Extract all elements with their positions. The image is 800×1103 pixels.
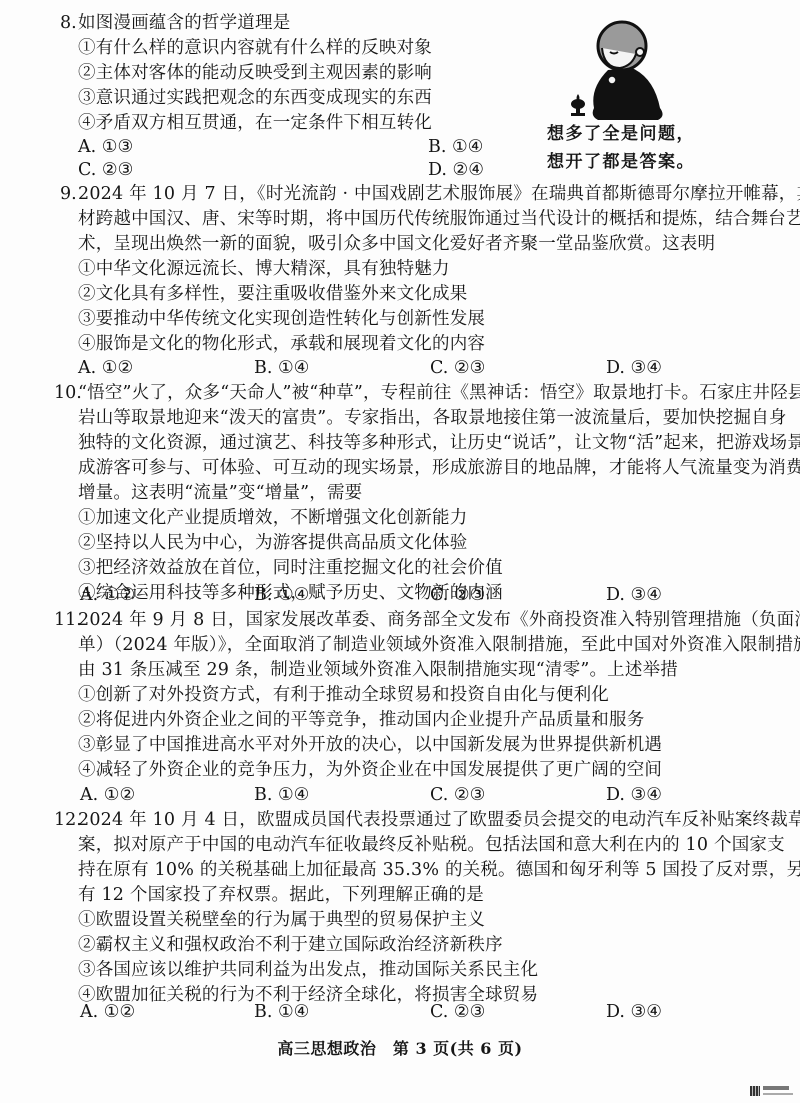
statement-3: ③意识通过实践把观念的东西变成现实的东西 (78, 86, 432, 110)
statement-4: ④矛盾双方相互贯通，在一定条件下相互转化 (78, 111, 432, 135)
option-c[interactable]: C. ②③ (78, 158, 133, 182)
option-d[interactable]: D. ③④ (606, 583, 662, 607)
watermark-text (763, 1086, 789, 1090)
option-d[interactable]: D. ③④ (606, 783, 662, 807)
question-stem-line: 术，呈现出焕然一新的面貌，吸引众多中国文化爱好者齐聚一堂品鉴欣赏。这表明 (78, 232, 715, 256)
question-stem-line: 独特的文化资源，通过演艺、科技等多种形式，让历史“说话”，让文物“活”起来，把游… (78, 431, 800, 455)
option-a[interactable]: A. ①② (80, 1000, 135, 1024)
statement-2: ②主体对客体的能动反映受到主观因素的影响 (78, 61, 432, 85)
question-stem: 如图漫画蕴含的哲学道理是 (78, 11, 290, 35)
question-number: 9. (60, 182, 77, 206)
question-stem-line: 案，拟对原产于中国的电动汽车征收最终反补贴税。包括法国和意大利在内的 10 个国… (78, 833, 785, 857)
option-c[interactable]: C. ②③ (430, 583, 485, 607)
option-a[interactable]: A. ①② (78, 356, 133, 380)
option-d[interactable]: D. ③④ (606, 356, 662, 380)
qr-code-icon (750, 1086, 760, 1096)
question-stem-line: 成游客可参与、可体验、可互动的现实场景，形成旅游目的地品牌，才能将人气流量变为消… (78, 456, 800, 480)
question-stem-line: 由 31 条压减至 29 条，制造业领域外资准入限制措施实现“清零”。上述举措 (78, 658, 678, 682)
question-stem-line: 岩山等取景地迎来“泼天的富贵”。专家指出，各取景地接住第一波流量后，要加快挖掘自… (78, 406, 787, 430)
oil-lamp-icon (571, 94, 585, 116)
statement-4: ④服饰是文化的物化形式，承载和展现着文化的内容 (78, 332, 485, 356)
option-a[interactable]: A. ①③ (78, 135, 133, 159)
option-c[interactable]: C. ②③ (430, 356, 485, 380)
cartoon-caption-line-1: 想多了全是问题， (547, 120, 695, 148)
statement-3: ③各国应该以维护共同利益为出发点，推动国际关系民主化 (78, 958, 538, 982)
option-c[interactable]: C. ②③ (430, 783, 485, 807)
statement-3: ③要推动中华传统文化实现创造性转化与创新性发展 (78, 307, 485, 331)
statement-1: ①中华文化源远流长、博大精深，具有独特魅力 (78, 257, 450, 281)
question-stem-line: “悟空”火了，众多“天命人”被“种草”，专程前往《黑神话：悟空》取景地打卡。石家… (78, 381, 800, 405)
option-a[interactable]: A. ①② (80, 783, 135, 807)
option-b[interactable]: B. ①④ (254, 583, 309, 607)
watermark-subtext (763, 1093, 793, 1095)
question-stem-line: 2024 年 9 月 8 日，国家发展改革委、商务部全文发布《外商投资准入特别管… (78, 608, 800, 632)
option-b[interactable]: B. ①④ (254, 356, 309, 380)
question-stem-line: 2024 年 10 月 4 日，欧盟成员国代表投票通过了欧盟委员会提交的电动汽车… (78, 808, 800, 832)
question-stem-line: 增量。这表明“流量”变“增量”，需要 (78, 481, 362, 505)
option-a[interactable]: A. ①② (80, 583, 135, 607)
statement-1: ①创新了对外投资方式，有利于推动全球贸易和投资自由化与便利化 (78, 683, 609, 707)
question-number: 8. (60, 11, 77, 35)
statement-1: ①加速文化产业提质增效，不断增强文化创新能力 (78, 506, 467, 530)
cartoon-caption-line-2: 想开了都是答案。 (547, 148, 695, 176)
page-footer: 高三思想政治 第 3 页(共 6 页) (0, 1036, 800, 1059)
option-d[interactable]: D. ②④ (428, 158, 484, 182)
question-stem-line: 2024 年 10 月 7 日，《时光流韵 · 中国戏剧艺术服饰展》在瑞典首都斯… (78, 182, 800, 206)
statement-2: ②将促进内外资企业之间的平等竞争，推动国内企业提升产品质量和服务 (78, 708, 644, 732)
statement-2: ②霸权主义和强权政治不利于建立国际政治经济新秩序 (78, 933, 503, 957)
statement-2: ②坚持以人民为中心，为游客提供高品质文化体验 (78, 531, 467, 555)
statement-4: ④减轻了外资企业的竞争压力，为外资企业在中国发展提供了更广阔的空间 (78, 758, 662, 782)
statement-1: ①欧盟设置关税壁垒的行为属于典型的贸易保护主义 (78, 908, 485, 932)
option-b[interactable]: B. ①④ (254, 783, 309, 807)
question-stem-line: 有 12 个国家投了弃权票。据此，下列理解正确的是 (78, 883, 484, 907)
question-stem-line: 材跨越中国汉、唐、宋等时期，将中国历代传统服饰通过当代设计的概括和提炼，结合舞台… (78, 207, 800, 231)
option-b[interactable]: B. ①④ (428, 135, 483, 159)
monk-icon (593, 22, 663, 120)
question-stem-line: 持在原有 10% 的关税基础上加征最高 35.3% 的关税。德国和匈牙利等 5 … (78, 858, 800, 882)
option-d[interactable]: D. ③④ (606, 1000, 662, 1024)
statement-1: ①有什么样的意识内容就有什么样的反映对象 (78, 36, 432, 60)
statement-3: ③彰显了中国推进高水平对外开放的决心，以中国新发展为世界提供新机遇 (78, 733, 662, 757)
option-b[interactable]: B. ①④ (254, 1000, 309, 1024)
statement-3: ③把经济效益放在首位，同时注重挖掘文化的社会价值 (78, 556, 503, 580)
statement-2: ②文化具有多样性，要注重吸收借鉴外来文化成果 (78, 282, 467, 306)
question-stem-line: 单）（2024 年版）》，全面取消了制造业领域外资准入限制措施，至此中国对外资准… (78, 633, 800, 657)
option-c[interactable]: C. ②③ (430, 1000, 485, 1024)
